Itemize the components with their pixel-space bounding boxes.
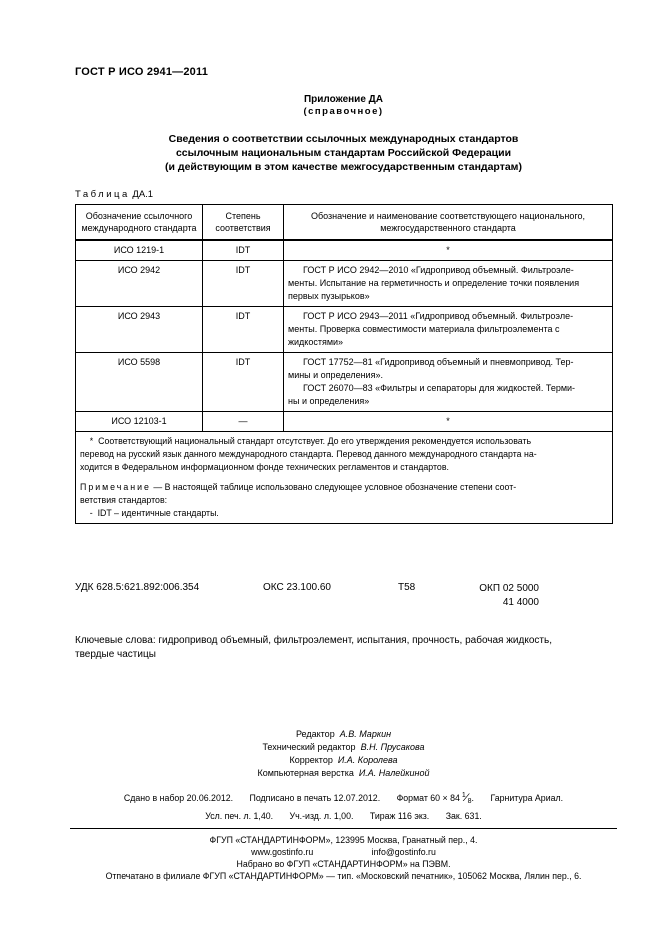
credit-name: А.В. Маркин: [340, 729, 391, 739]
keywords: Ключевые слова: гидропривод объемный, фи…: [75, 634, 612, 662]
fraction-one-eighth: 1⁄8: [462, 789, 472, 809]
cell-national: ГОСТ Р ИСО 2942—2010 «Гидропривод объемн…: [284, 261, 613, 307]
publisher-email: info@gostinfo.ru: [372, 846, 436, 858]
page-content: ГОСТ Р ИСО 2941—2011 Приложение ДА (спра…: [75, 0, 612, 882]
cell-national: ГОСТ 17752—81 «Гидропривод объемный и пн…: [284, 353, 613, 412]
section-title-line: Сведения о соответствии ссылочных междун…: [75, 132, 612, 146]
print-format: Формат 60 × 841⁄8.: [397, 789, 474, 809]
table-row: ИСО 12103-1 — *: [76, 412, 613, 432]
credit-name: И.А. Королева: [338, 755, 398, 765]
colophon-credits: РедакторА.В. Маркин Технический редактор…: [75, 728, 612, 780]
print-sheets-conv: Усл. печ. л. 1,40.: [205, 809, 273, 823]
appendix-title: Приложение ДА: [75, 94, 612, 105]
credit-role: Технический редактор: [262, 742, 355, 752]
appendix-subtitle: (справочное): [75, 106, 612, 117]
publisher-typeset-note: Набрано во ФГУП «СТАНДАРТИНФОРМ» на ПЭВМ…: [75, 858, 612, 870]
credit-role: Компьютерная верстка: [257, 768, 353, 778]
credit-line: Технический редакторВ.Н. Прусакова: [75, 741, 612, 754]
cell-standard: ИСО 2943: [76, 307, 203, 353]
publisher-contacts: www.gostinfo.ru info@gostinfo.ru: [75, 846, 612, 858]
table-note: Примечание — В настоящей таблице использ…: [80, 481, 608, 520]
cell-national: *: [284, 412, 613, 432]
credit-name: В.Н. Прусакова: [361, 742, 425, 752]
cell-degree: IDT: [203, 240, 284, 261]
credit-line: РедакторА.В. Маркин: [75, 728, 612, 741]
table-footnote-row: * Соответствующий национальный стандарт …: [76, 432, 613, 524]
table-row: ИСО 1219-1 IDT *: [76, 240, 613, 261]
publisher-block: ФГУП «СТАНДАРТИНФОРМ», 123995 Москва, Гр…: [75, 834, 612, 882]
okp-code: ОКП 02 5000 41 4000: [479, 582, 539, 610]
publisher-address: ФГУП «СТАНДАРТИНФОРМ», 123995 Москва, Гр…: [75, 834, 612, 846]
udk-code: УДК 628.5:621.892:006.354: [75, 582, 199, 593]
table-footnote-cell: * Соответствующий национальный стандарт …: [76, 432, 613, 524]
table-row: ИСО 2942 IDT ГОСТ Р ИСО 2942—2010 «Гидро…: [76, 261, 613, 307]
cell-national: *: [284, 240, 613, 261]
cell-standard: ИСО 12103-1: [76, 412, 203, 432]
table-footnote: * Соответствующий национальный стандарт …: [80, 435, 608, 474]
cell-degree: IDT: [203, 307, 284, 353]
standards-correspondence-table: Обозначение ссылочного международного ст…: [75, 204, 613, 524]
col-header-international-standard: Обозначение ссылочного международного ст…: [76, 205, 203, 241]
section-title: Сведения о соответствии ссылочных междун…: [75, 132, 612, 174]
cell-degree: IDT: [203, 353, 284, 412]
cell-standard: ИСО 2942: [76, 261, 203, 307]
credit-line: Компьютерная версткаИ.А. Налейкиной: [75, 767, 612, 780]
publisher-printed-note: Отпечатано в филиале ФГУП «СТАНДАРТИНФОР…: [75, 870, 612, 882]
table-caption: Таблица ДА.1: [75, 189, 612, 200]
table-row: ИСО 5598 IDT ГОСТ 17752—81 «Гидропривод …: [76, 353, 613, 412]
document-code: ГОСТ Р ИСО 2941—2011: [75, 66, 612, 78]
table-header-row: Обозначение ссылочного международного ст…: [76, 205, 613, 241]
table-caption-number: ДА.1: [132, 189, 153, 200]
section-title-line: (и действующим в этом качестве межгосуда…: [75, 160, 612, 174]
cell-standard: ИСО 1219-1: [76, 240, 203, 261]
col-header-national-standard: Обозначение и наименование соответствующ…: [284, 205, 613, 241]
cell-degree: IDT: [203, 261, 284, 307]
section-title-line: ссылочным национальным стандартам Россий…: [75, 146, 612, 160]
col-header-degree: Степень соответствия: [203, 205, 284, 241]
table-caption-word: Таблица: [75, 189, 130, 200]
print-info-line-2: Усл. печ. л. 1,40. Уч.-изд. л. 1,00. Тир…: [75, 809, 612, 823]
table-row: ИСО 2943 IDT ГОСТ Р ИСО 2943—2011 «Гидро…: [76, 307, 613, 353]
print-date-set: Сдано в набор 20.06.2012.: [124, 791, 233, 805]
cell-national: ГОСТ Р ИСО 2943—2011 «Гидропривод объемн…: [284, 307, 613, 353]
classification-codes-row: УДК 628.5:621.892:006.354 ОКС 23.100.60 …: [75, 582, 612, 610]
print-circulation: Тираж 116 экз.: [370, 809, 429, 823]
publisher-website: www.gostinfo.ru: [251, 846, 313, 858]
document-page: ГОСТ Р ИСО 2941—2011 Приложение ДА (спра…: [0, 0, 661, 936]
credit-role: Редактор: [296, 729, 335, 739]
credit-line: КорректорИ.А. Королева: [75, 754, 612, 767]
oks-code: ОКС 23.100.60: [263, 582, 331, 593]
print-order-number: Зак. 631.: [446, 809, 482, 823]
cell-standard: ИСО 5598: [76, 353, 203, 412]
t-code: Т58: [398, 582, 415, 593]
print-info-line-1: Сдано в набор 20.06.2012. Подписано в пе…: [75, 789, 612, 809]
cell-degree: —: [203, 412, 284, 432]
note-label: Примечание: [80, 482, 151, 492]
credit-role: Корректор: [290, 755, 333, 765]
print-date-signed: Подписано в печать 12.07.2012.: [250, 791, 381, 805]
print-typeface: Гарнитура Ариал.: [490, 791, 563, 805]
print-sheets-publ: Уч.-изд. л. 1,00.: [290, 809, 354, 823]
divider-rule: [70, 828, 617, 829]
credit-name: И.А. Налейкиной: [359, 768, 430, 778]
